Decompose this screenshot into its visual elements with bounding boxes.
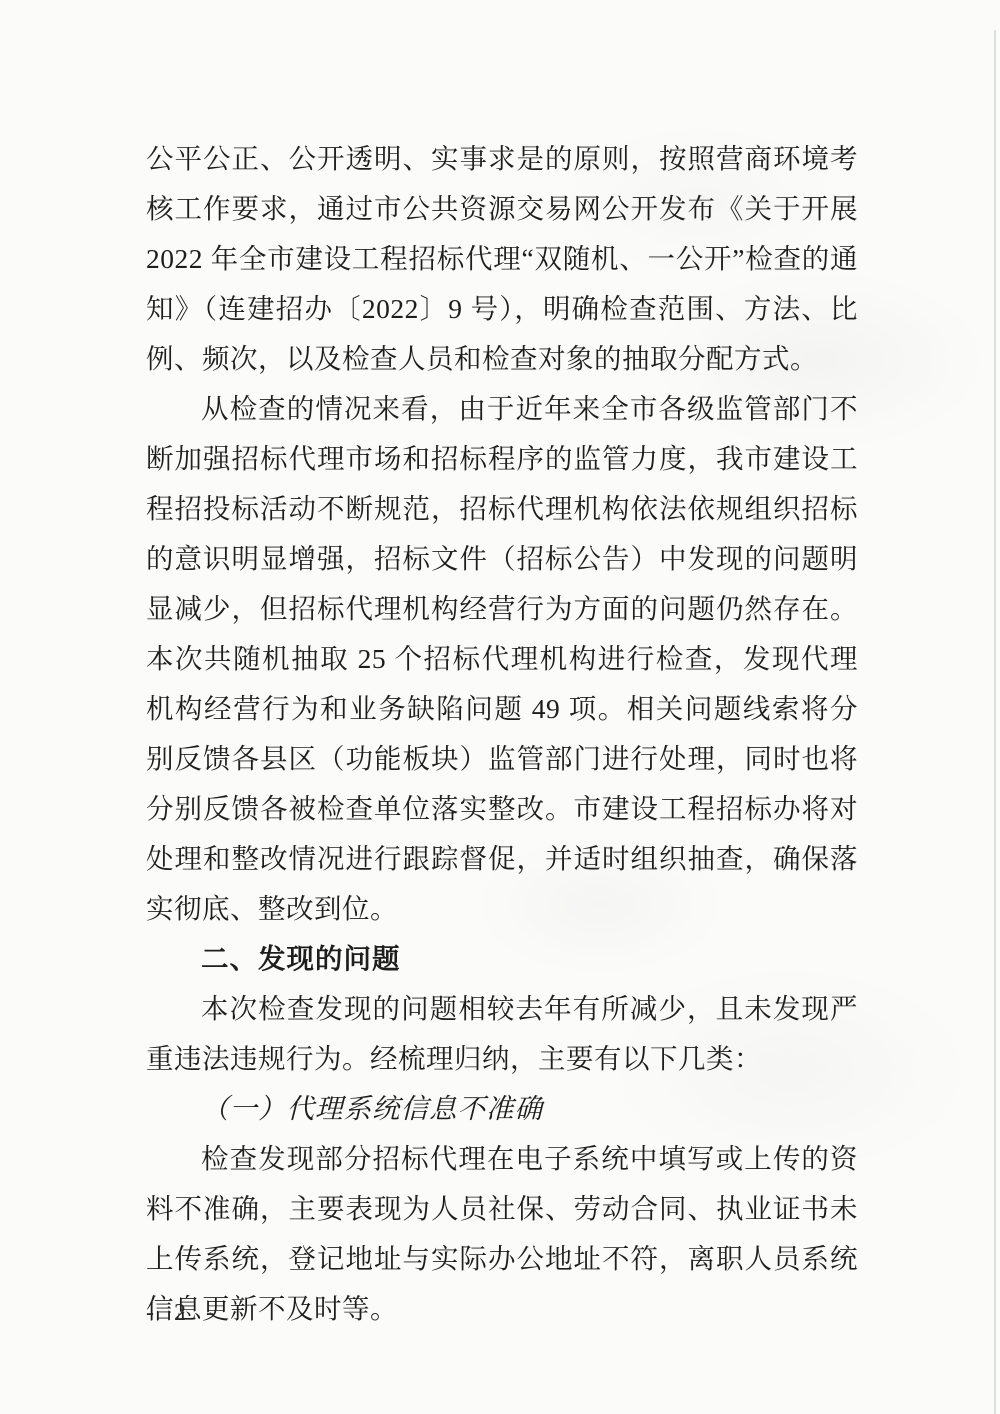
paragraph-inspection-overview: 从检查的情况来看，由于近年来全市各级监管部门不断加强招标代理市场和招标程序的监管… [146,384,858,934]
paragraph-continuation: 公平公正、公开透明、实事求是的原则，按照营商环境考核工作要求，通过市公共资源交易… [146,134,858,384]
document-content: 公平公正、公开透明、实事求是的原则，按照营商环境考核工作要求，通过市公共资源交易… [146,134,858,1334]
subsection-heading-system-info-inaccurate: （一）代理系统信息不准确 [146,1084,858,1134]
paragraph-system-info-detail: 检查发现部分招标代理在电子系统中填写或上传的资料不准确，主要表现为人员社保、劳动… [146,1134,858,1334]
document-page: 公平公正、公开透明、实事求是的原则，按照营商环境考核工作要求，通过市公共资源交易… [0,0,1000,1414]
scan-edge-line [994,30,996,1414]
section-heading-problems-found: 二、发现的问题 [146,934,858,984]
page-number: - 2 - [146,1298,221,1328]
paragraph-problems-summary: 本次检查发现的问题相较去年有所减少，且未发现严重违法违规行为。经梳理归纳，主要有… [146,984,858,1084]
